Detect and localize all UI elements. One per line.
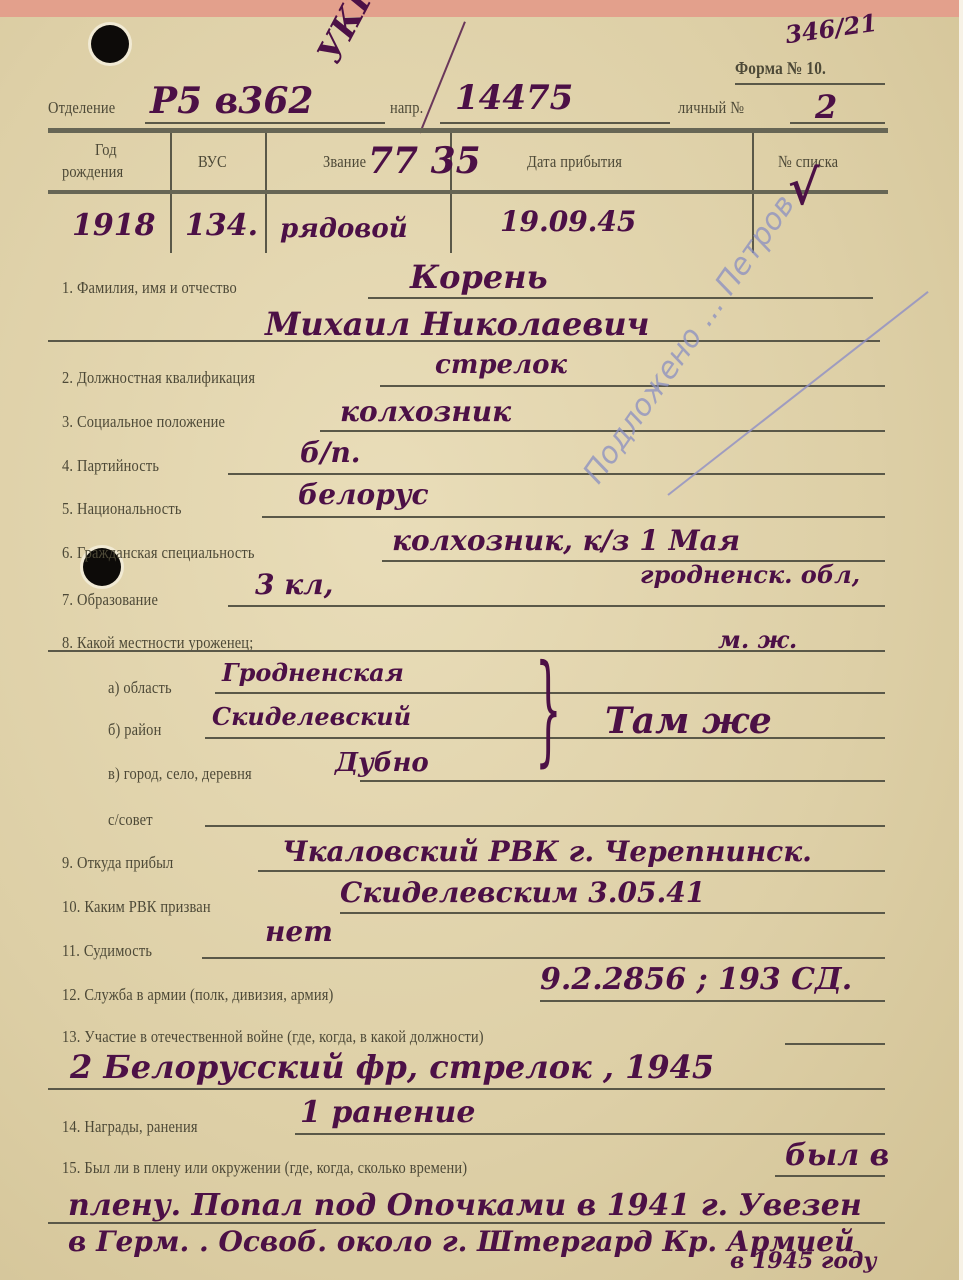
region-value: Гродненская (222, 658, 404, 687)
field-10-label: 10. Каким РВК призван (62, 897, 211, 917)
col-header-year-1: Год (95, 140, 117, 160)
page-edge (959, 0, 963, 1280)
awards-wounds-value: 1 ранение (300, 1095, 475, 1130)
full-name-value: Михаил Николаевич (265, 305, 650, 343)
form-title: Форма № 10. (735, 58, 826, 79)
personal-no-value: 2 (815, 88, 837, 126)
field-11-label: 11. Судимость (62, 941, 152, 961)
vus-value: 134. (185, 208, 258, 243)
field-1-label: 1. Фамилия, имя и отчество (62, 278, 237, 298)
rule (790, 122, 885, 124)
field-6-label: 6. Гражданская специальность (62, 543, 255, 563)
personal-no-label: личный № (678, 98, 744, 118)
department-label: Отделение (48, 98, 115, 118)
col-header-arrival: Дата прибытия (527, 152, 622, 172)
captivity-value-4: в 1945 году (730, 1248, 877, 1274)
rule (48, 340, 880, 342)
birth-year-value: 1918 (72, 208, 156, 243)
civil-specialty-value-2: гродненск. обл, (640, 560, 860, 589)
rule (258, 870, 885, 872)
field-3-label: 3. Социальное положение (62, 412, 225, 432)
personnel-record-card: 346/21 Форма № 10. Отделение Р5 в362 УКР… (0, 0, 963, 1280)
nationality-value: белорус (298, 478, 429, 511)
rank-value: рядовой (280, 214, 408, 244)
brace-mark: } (535, 640, 562, 779)
table-top-rule (48, 128, 888, 133)
field-9-label: 9. Откуда прибыл (62, 853, 173, 873)
rule (145, 122, 385, 124)
rule (262, 516, 885, 518)
rank-annotation: 77 35 (368, 140, 481, 182)
field-2-label: 2. Должностная квалификация (62, 368, 255, 388)
captivity-value-1: был в (785, 1138, 889, 1173)
arrived-from-value: Чкаловский РВК г. Черепнинск. (282, 835, 812, 868)
rule (775, 1175, 885, 1177)
rule (202, 957, 885, 959)
col-header-rank: Звание (323, 152, 366, 172)
field-14-label: 14. Награды, ранения (62, 1117, 198, 1137)
napr-value: 14475 (455, 78, 573, 118)
col-header-vus: ВУС (198, 152, 227, 172)
rule (48, 1222, 885, 1224)
region-label: а) область (108, 678, 172, 698)
army-service-value: 9.2.2856 ; 193 СД. (540, 962, 852, 997)
rule (228, 473, 885, 475)
field-15-label: 15. Был ли в плену или окружении (где, к… (62, 1158, 467, 1178)
rule (228, 605, 885, 607)
drafted-by-value: Скиделевским 3.05.41 (340, 876, 705, 909)
village-value: Дубно (335, 748, 429, 778)
social-status-value: колхозник (340, 395, 511, 428)
table-mid-rule (48, 190, 888, 194)
district-label: б) район (108, 720, 161, 740)
captivity-value-2: плену. Попал под Опочками в 1941 г. Увез… (68, 1188, 862, 1223)
rule (360, 780, 885, 782)
field-4-label: 4. Партийность (62, 456, 159, 476)
party-value: б/п. (300, 436, 361, 469)
field-7-label: 7. Образование (62, 590, 158, 610)
war-participation-value: 2 Белорусский фр, стрелок , 1945 (70, 1048, 714, 1086)
residence-note: Там же (605, 700, 772, 742)
field-13-label: 13. Участие в отечественной войне (где, … (62, 1027, 484, 1047)
rule (205, 825, 885, 827)
rule (440, 122, 670, 124)
punch-hole-top (91, 25, 129, 63)
education-value: 3 кл, (255, 568, 333, 601)
rule (540, 1000, 885, 1002)
village-council-label: с/совет (108, 810, 153, 830)
rule (340, 912, 885, 914)
surname-value: Корень (410, 258, 548, 296)
qualification-value: стрелок (435, 350, 567, 380)
rule (368, 297, 873, 299)
arrival-date-value: 19.09.45 (500, 205, 636, 238)
village-label: в) город, село, деревня (108, 764, 252, 784)
department-value: Р5 в362 (150, 80, 313, 122)
napr-label: напр. (390, 98, 423, 118)
civil-specialty-value: колхозник, к/з 1 Мая (392, 524, 740, 557)
rule (735, 83, 885, 85)
district-value: Скиделевский (212, 702, 411, 731)
field-5-label: 5. Национальность (62, 499, 182, 519)
rule (295, 1133, 885, 1135)
col-header-year-2: рождения (62, 162, 123, 182)
field-12-label: 12. Служба в армии (полк, дивизия, армия… (62, 985, 334, 1005)
top-color-band (0, 0, 963, 17)
residence-abbrev: м. ж. (718, 625, 797, 654)
rule (48, 1088, 885, 1090)
rule (785, 1043, 885, 1045)
criminal-record-value: нет (265, 915, 333, 948)
